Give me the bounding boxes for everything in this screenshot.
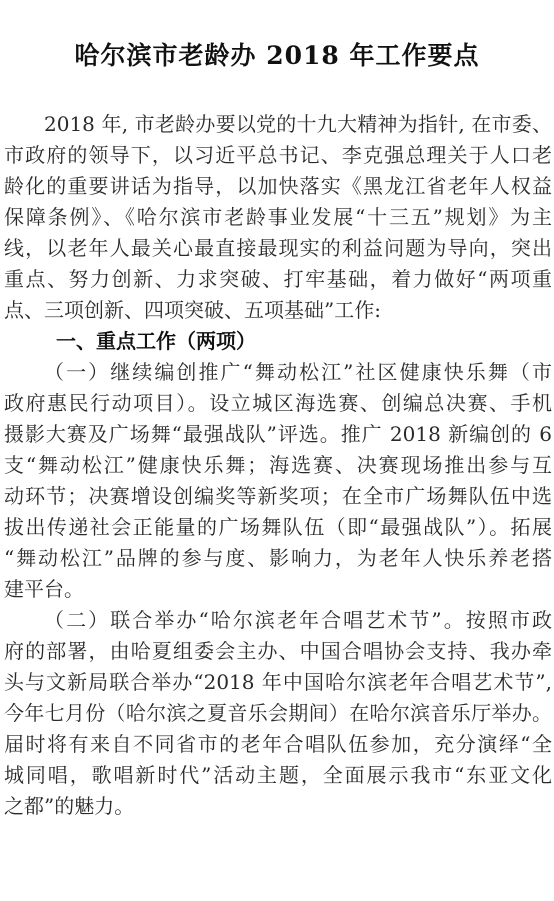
paragraph-intro-line: 龄化的重要讲话为指导，以加快落实《黑龙江省老年人权益 — [4, 171, 552, 202]
item-two-line: 今年七月份（哈尔滨之夏音乐会期间）在哈尔滨音乐厅举办。 — [4, 698, 552, 729]
paragraph-intro-line: 市政府的领导下，以习近平总书记、李克强总理关于人口老 — [4, 140, 552, 171]
item-two-line: 头与文新局联合举办“2018 年中国哈尔滨老年合唱艺术节”, — [4, 667, 552, 698]
item-one-line: 支“舞动松江”健康快乐舞；海选赛、决赛现场推出参与互 — [4, 450, 552, 481]
paragraph-intro-line: 线，以老年人最关心最直接最现实的利益问题为导向，突出 — [4, 233, 552, 264]
item-one-line: 拔出传递社会正能量的广场舞队伍（即“最强战队”）。拓展 — [4, 512, 552, 543]
item-one-line: 政府惠民行动项目）。设立城区海选赛、创编总决赛、手机 — [4, 388, 552, 419]
section-heading: 一、重点工作（两项） — [4, 326, 552, 357]
paragraph-intro-line: 重点、努力创新、力求突破、打牢基础，着力做好“两项重 — [4, 264, 552, 295]
item-two-line: 届时将有来自不同省市的老年合唱队伍参加，充分演绎“全 — [4, 729, 552, 760]
item-two-line: （二）联合举办“哈尔滨老年合唱艺术节”。按照市政 — [4, 605, 552, 636]
item-one-line: 动环节；决赛增设创编奖等新奖项；在全市广场舞队伍中选 — [4, 481, 552, 512]
item-one-line: 建平台。 — [4, 574, 552, 605]
item-two-line: 府的部署，由哈夏组委会主办、中国合唱协会支持、我办牵 — [4, 636, 552, 667]
item-two-line: 城同唱，歌唱新时代”活动主题，全面展示我市“东亚文化 — [4, 760, 552, 791]
item-one-line: 摄影大赛及广场舞“最强战队”评选。推广 2018 新编创的 6 — [4, 419, 552, 450]
paragraph-intro-line: 保障条例》、《哈尔滨市老龄事业发展“十三五”规划》为主 — [4, 202, 552, 233]
item-one-line: “舞动松江”品牌的参与度、影响力，为老年人快乐养老搭 — [4, 543, 552, 574]
item-one-line: （一）继续编创推广“舞动松江”社区健康快乐舞（市 — [4, 357, 552, 388]
item-two-line: 之都”的魅力。 — [4, 791, 552, 822]
paragraph-intro-line: 2018 年, 市老龄办要以党的十九大精神为指针, 在市委、 — [4, 109, 552, 140]
paragraph-intro-line: 点、三项创新、四项突破、五项基础”工作: — [4, 295, 552, 326]
document-title: 哈尔滨市老龄办 2018 年工作要点 — [0, 36, 554, 72]
document-body: 2018 年, 市老龄办要以党的十九大精神为指针, 在市委、 市政府的领导下，以… — [4, 109, 552, 822]
